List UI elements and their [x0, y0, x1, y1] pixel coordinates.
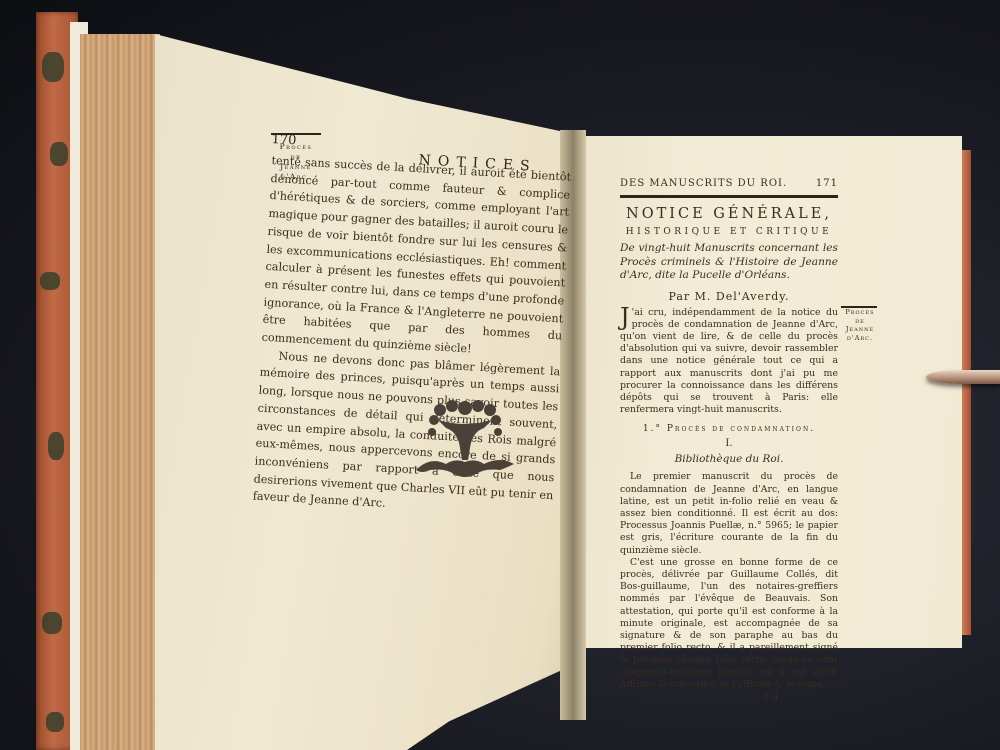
subsection-heading: 1.° Procès de condamnation.: [620, 424, 838, 434]
margin-note-line: d'Arc.: [840, 334, 880, 343]
margin-note-right: Procès de Jeanne d'Arc.: [840, 308, 880, 342]
author-line: Par M. Del'Averdy.: [620, 290, 838, 303]
header-rule: [620, 195, 838, 198]
intro-paragraph: J 'ai cru, indépendamment de la notice d…: [620, 307, 838, 417]
marble-spot: [50, 142, 68, 166]
margin-note-line: Procès: [840, 308, 880, 317]
marble-spot: [40, 272, 60, 290]
library-heading: Bibliothèque du Roi.: [620, 453, 838, 465]
section-description: De vingt-huit Manuscrits concernant les …: [620, 242, 838, 283]
pen-bookmark-icon: [926, 370, 1000, 384]
margin-note-line: Jeanne: [840, 325, 880, 334]
page-number-right: 171: [816, 178, 838, 189]
right-page-content: DES MANUSCRITS DU ROI. 171 NOTICE GÉNÉRA…: [620, 178, 838, 702]
page-number-left: 170: [271, 132, 297, 148]
drop-cap: J: [620, 307, 630, 327]
roman-numeral: I.: [620, 438, 838, 449]
section-title: NOTICE GÉNÉRALE,: [620, 206, 838, 222]
marble-spot: [46, 712, 64, 732]
intro-text: 'ai cru, indépendamment de la notice du …: [620, 307, 838, 416]
paragraph: tenté sans succès de la délivrer, il aur…: [261, 152, 571, 363]
marble-spot: [48, 432, 64, 460]
section-subtitle: HISTORIQUE ET CRITIQUE: [620, 227, 838, 237]
marble-spot: [42, 52, 64, 82]
paragraph: Le premier manuscrit du procès de condam…: [620, 471, 838, 556]
paragraph: C'est une grosse en bonne forme de ce pr…: [620, 557, 838, 691]
signature-mark: Y ij: [620, 691, 778, 702]
margin-note-line: de: [840, 317, 880, 326]
marble-spot: [42, 612, 62, 634]
running-head-right: DES MANUSCRITS DU ROI. 171: [620, 178, 838, 189]
page-edges: [80, 34, 160, 750]
flower-basket-ornament-icon: [410, 398, 520, 486]
running-head-title: DES MANUSCRITS DU ROI.: [620, 178, 787, 189]
